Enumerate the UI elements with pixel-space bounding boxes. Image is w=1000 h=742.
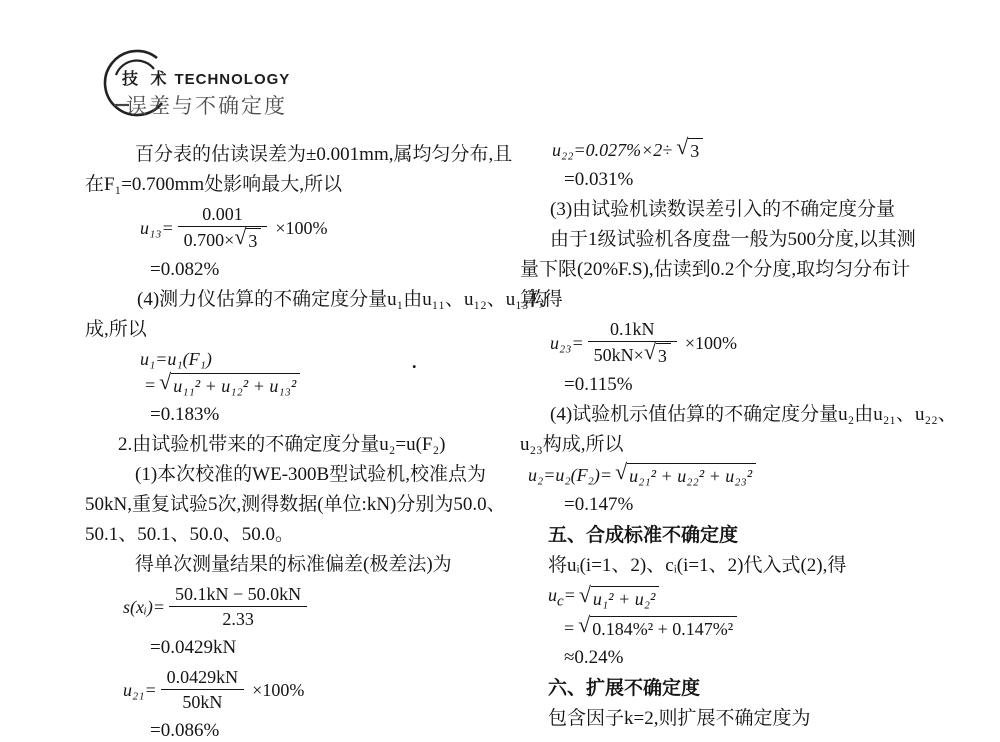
paragraph-line: (3)由试验机读数误差引入的不确定度分量 <box>520 195 945 225</box>
formula-u21: u₂₁= 0.0429kN 50kN ×100% <box>123 666 500 713</box>
radical-icon: √ <box>159 371 171 393</box>
formula-u23: u₂₃= 0.1kN 50kN×√3 ×100% <box>550 318 945 367</box>
equals-sign: = <box>564 585 576 605</box>
numerator: 0.001 <box>178 203 268 227</box>
radical-icon: √ <box>234 226 246 248</box>
sqrt: √u₂₁² + u₂₂² + u₂₃² <box>615 463 756 487</box>
formula-lhs: u₂₃= <box>550 332 584 354</box>
sqrt: √3 <box>644 343 671 367</box>
section-heading-6: 六、扩展不确定度 <box>520 673 945 704</box>
fraction: 0.001 0.700×√3 <box>178 203 268 252</box>
paragraph-line: 百分表的估读误差为±0.001mm,属均匀分布,且 <box>85 140 500 170</box>
formula-result: =0.115% <box>520 370 945 400</box>
paragraph-line: u₂₃构成,所以 <box>520 430 945 460</box>
formula-lhs: uc= <box>548 584 576 613</box>
paragraph-line: 50kN,重复试验5次,测得数据(单位:kN)分别为50.0、 <box>85 490 500 520</box>
fraction: 0.1kN 50kN×√3 <box>588 318 677 367</box>
numerator: 0.1kN <box>588 318 677 342</box>
denominator: 0.700×√3 <box>178 227 268 252</box>
formula-tail: ×100% <box>275 217 327 239</box>
formula-lhs: u₁₃= <box>140 217 174 239</box>
formula-lhs: u₂=u₂(F₂)= <box>528 464 612 486</box>
radicand: u₁² + u₂² <box>591 586 659 610</box>
section-subtitle: 误差与不确定度 <box>126 90 287 120</box>
formula-result: =0.031% <box>520 165 945 195</box>
radicand: 0.184%² + 0.147%² <box>590 616 737 640</box>
paragraph-line: (4)试验机示值估算的不确定度分量u₂由u₂₁、u₂₂、 <box>520 400 945 430</box>
formula-uc-values: = √0.184%² + 0.147%² <box>564 616 945 640</box>
fraction: 50.1kN − 50.0kN 2.33 <box>169 583 307 630</box>
paragraph-line: 由于1级试验机各度盘一般为500分度,以其测 <box>520 225 945 255</box>
formula-uc: uc= √u₁² + u₂² <box>548 584 945 613</box>
variable-subscript: c <box>557 594 564 610</box>
radicand: 3 <box>246 228 261 252</box>
denominator: 50kN <box>161 690 245 713</box>
formula-result: =0.147% <box>520 490 945 520</box>
paragraph-line: 得单次测量结果的标准偏差(极差法)为 <box>85 550 500 580</box>
document-page: 技 术TECHNOLOGY 误差与不确定度 百分表的估读误差为±0.001mm,… <box>0 0 1000 742</box>
sqrt: √u₁² + u₂² <box>579 586 660 610</box>
radical-icon: √ <box>615 461 627 483</box>
formula-result: =0.0429kN <box>85 633 500 663</box>
formula-tail: ×100% <box>252 679 304 701</box>
section-heading-5: 五、合成标准不确定度 <box>520 520 945 551</box>
radicand: u₂₁² + u₂₂² + u₂₃² <box>627 463 756 487</box>
formula-lhs: s(xᵢ)= <box>123 596 165 618</box>
formula-lhs: u₂₂=0.027%×2÷ <box>552 139 672 161</box>
variable-base: u <box>548 585 557 605</box>
formula-lhs: = <box>145 374 155 396</box>
formula-u2: u₂=u₂(F₂)= √u₂₁² + u₂₂² + u₂₃² <box>528 463 945 487</box>
formula-result: =0.183% <box>85 400 500 430</box>
radicand: u₁₁² + u₁₂² + u₁₃² <box>171 373 300 397</box>
formula-result: =0.086% <box>85 716 500 742</box>
fraction: 0.0429kN 50kN <box>161 666 245 713</box>
logo-title-en: TECHNOLOGY <box>174 71 290 88</box>
radicand: 3 <box>688 138 703 162</box>
logo-title: 技 术TECHNOLOGY <box>122 66 290 89</box>
denominator-text: 0.700× <box>184 229 235 251</box>
paragraph-line: 算,得 <box>520 285 945 315</box>
denominator-text: 50kN× <box>594 344 644 366</box>
paragraph-line: 成,所以 <box>85 315 500 345</box>
formula-result: =0.082% <box>85 255 500 285</box>
left-column: 百分表的估读误差为±0.001mm,属均匀分布,且 在F₁=0.700mm处影响… <box>85 140 500 742</box>
paragraph-line: 在F₁=0.700mm处影响最大,所以 <box>85 170 500 200</box>
formula-u1-sqrt: = √u₁₁² + u₁₂² + u₁₃² <box>145 373 500 397</box>
formula-u1-def: u₁=u₁(F₁) <box>140 348 500 370</box>
formula-u13: u₁₃= 0.001 0.700×√3 ×100% <box>140 203 500 252</box>
numerator: 0.0429kN <box>161 666 245 690</box>
radical-icon: √ <box>578 614 590 636</box>
radical-icon: √ <box>579 584 591 606</box>
formula-tail: ×100% <box>685 332 737 354</box>
sqrt: √3 <box>676 138 703 162</box>
right-column: u₂₂=0.027%×2÷ √3 =0.031% (3)由试验机读数误差引入的不… <box>520 138 945 734</box>
radicand: 3 <box>656 343 671 367</box>
sqrt: √3 <box>234 228 261 252</box>
denominator: 2.33 <box>169 607 307 630</box>
formula-sx: s(xᵢ)= 50.1kN − 50.0kN 2.33 <box>123 583 500 630</box>
paragraph-line: 2.由试验机带来的不确定度分量u₂=u(F₂) <box>85 430 500 460</box>
numerator: 50.1kN − 50.0kN <box>169 583 307 607</box>
paragraph-line: (1)本次校准的WE-300B型试验机,校准点为 <box>85 460 500 490</box>
paragraph-line: (4)测力仪估算的不确定度分量u₁由u₁₁、u₁₂、u₁₃构 <box>85 285 500 315</box>
paragraph-line: 将uᵢ(i=1、2)、cᵢ(i=1、2)代入式(2),得 <box>520 551 945 581</box>
denominator: 50kN×√3 <box>588 342 677 367</box>
formula-u22: u₂₂=0.027%×2÷ √3 <box>552 138 945 162</box>
paragraph-line: 50.1、50.1、50.0、50.0。 <box>85 520 500 550</box>
formula-lhs: u₂₁= <box>123 679 157 701</box>
formula-lhs: = <box>564 617 574 639</box>
sqrt: √u₁₁² + u₁₂² + u₁₃² <box>159 373 300 397</box>
paragraph-line: 量下限(20%F.S),估读到0.2个分度,取均匀分布计 <box>520 255 945 285</box>
radical-icon: √ <box>644 341 656 363</box>
radical-icon: √ <box>676 136 688 158</box>
logo-title-zh: 技 术 <box>122 71 170 88</box>
paragraph-line: 包含因子k=2,则扩展不确定度为 <box>520 704 945 734</box>
formula-result: ≈0.24% <box>520 643 945 673</box>
journal-logo: 技 术TECHNOLOGY 误差与不确定度 <box>96 48 416 124</box>
print-artifact-dot: . <box>412 352 417 373</box>
sqrt: √0.184%² + 0.147%² <box>578 616 737 640</box>
